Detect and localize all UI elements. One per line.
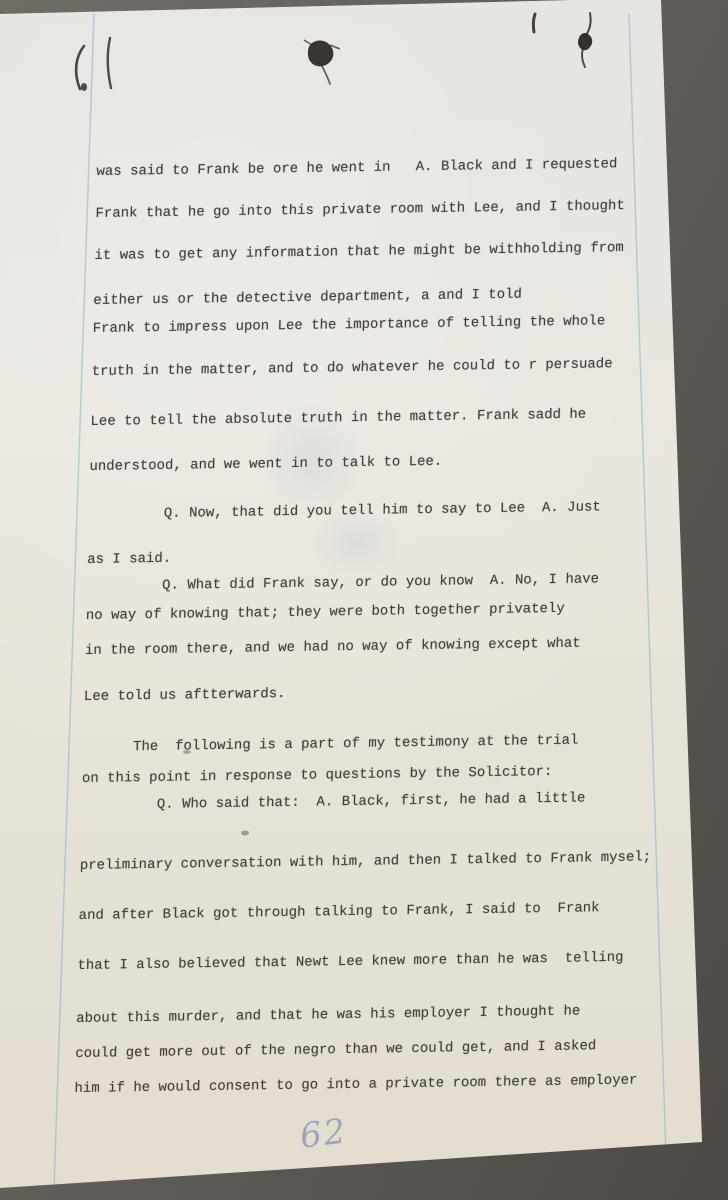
typed-line: Frank to impress upon Lee the importance… — [92, 312, 605, 338]
typed-line: The following is a part of my testimony … — [82, 732, 578, 757]
typed-line: as I said. — [87, 550, 171, 569]
typed-line: in the room there, and we had no way of … — [85, 635, 581, 660]
comma-swoosh-mark — [578, 33, 592, 50]
ink-blot-whisker-left — [304, 40, 312, 45]
typed-line: that I also believed that Newt Lee knew … — [77, 949, 624, 975]
typed-line: Frank that he go into this private room … — [95, 197, 625, 223]
typed-line: Q. Now, that did you tell him to say to … — [88, 498, 601, 524]
typed-line: it was to get any information that he mi… — [94, 239, 624, 265]
vertical-stroke-mark — [108, 38, 111, 88]
comma-swoosh-tail — [582, 48, 585, 67]
typed-line: truth in the matter, and to do whatever … — [91, 355, 612, 381]
typed-line: and after Black got through talking to F… — [78, 899, 599, 925]
typed-line: understood, and we went in to talk to Le… — [89, 453, 442, 476]
typed-line: him if he would consent to go into a pri… — [74, 1072, 637, 1098]
paren-stroke-dot — [81, 83, 87, 91]
document-page: was said to Frank be ore he went in A. B… — [0, 0, 728, 1200]
handwritten-page-number: 62 — [298, 1111, 350, 1156]
typed-line: Q. Who said that: A. Black, first, he ha… — [81, 789, 586, 815]
ink-blot-tail — [322, 66, 330, 84]
typed-line: about this murder, and that he was his e… — [76, 1002, 581, 1028]
typed-line: Lee to tell the absolute truth in the ma… — [90, 406, 586, 431]
typed-line: could get more out of the negro than we … — [75, 1037, 596, 1063]
typed-line: no way of knowing that; they were both t… — [86, 600, 565, 625]
photo-background: was said to Frank be ore he went in A. B… — [0, 0, 728, 1200]
small-tick-mark — [533, 14, 535, 32]
typed-line: on this point in response to questions b… — [82, 763, 553, 788]
typed-line: either us or the detective department, a… — [93, 286, 522, 310]
typed-line: Lee told us aftterwards. — [84, 685, 286, 706]
paren-stroke-mark — [76, 46, 84, 89]
typed-line: was said to Frank be ore he went in A. B… — [96, 155, 617, 181]
typed-line: Q. What did Frank say, or do you know A.… — [86, 570, 599, 596]
typed-line: preliminary conversation with him, and t… — [80, 848, 652, 875]
typed-text-block: was said to Frank be ore he went in A. B… — [74, 141, 697, 1110]
